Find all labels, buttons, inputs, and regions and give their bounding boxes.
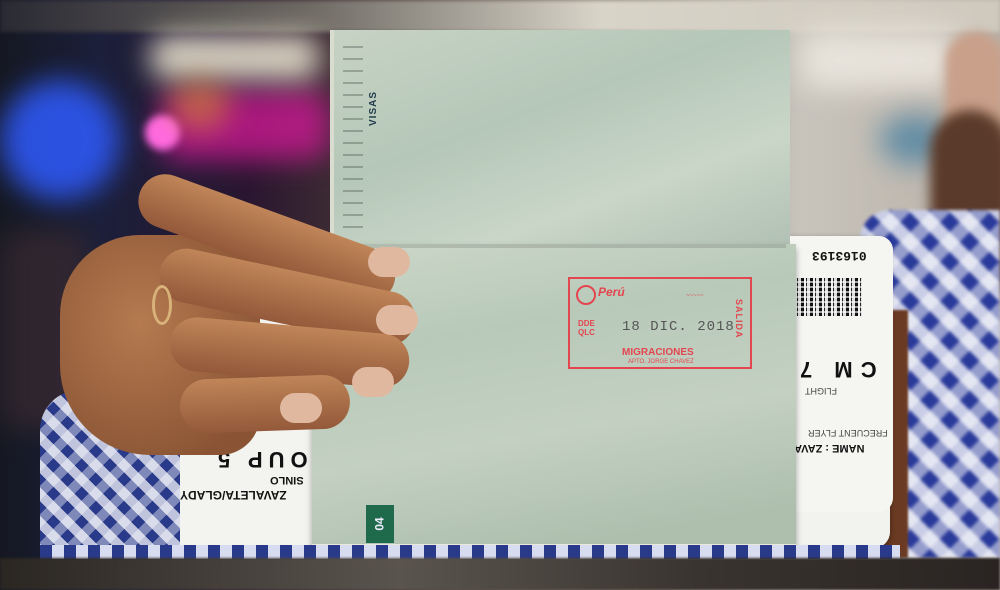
- barcode-icon: [792, 278, 862, 316]
- stamp-title: MIGRACIONES: [622, 347, 694, 358]
- ring-icon: [152, 285, 172, 325]
- bottom-blur-band: [0, 558, 1000, 590]
- peru-spiral-logo-icon: [576, 285, 596, 305]
- stamp-subtitle: APTO. JORGE CHAVEZ: [628, 359, 694, 365]
- top-blur-band: [0, 0, 1000, 32]
- stamp-date: 18 DIC. 2018: [622, 319, 735, 335]
- passenger-name: ZAVALETA/GLADY: [180, 488, 287, 502]
- fingernail: [368, 247, 410, 277]
- stamp-small-mark: ~~~~~: [686, 293, 704, 299]
- fingernail: [376, 305, 418, 335]
- stamp-direction: SALIDA: [734, 299, 744, 339]
- flight-code: CM 7: [792, 356, 877, 382]
- bokeh-light-white: [150, 35, 320, 80]
- hand: [60, 165, 420, 465]
- flight-label: FLIGHT: [805, 386, 837, 396]
- bokeh-light-ceiling: [800, 30, 960, 90]
- sinlo-text: SINLO: [270, 474, 304, 486]
- bokeh-light-orange: [170, 80, 230, 130]
- migration-stamp: Perú ~~~~~ DDE QLC 18 DIC. 2018 SALIDA M…: [568, 277, 752, 369]
- visas-label: VISAS: [368, 91, 379, 126]
- fingernail: [280, 393, 322, 423]
- name-label: NAME : ZAVA: [794, 442, 864, 454]
- bokeh-light-pink: [145, 115, 180, 150]
- frequent-flyer-label: FRECUENT FLYER: [808, 428, 888, 438]
- page-number-tab: 04: [366, 505, 394, 543]
- stamp-brand: Perú: [598, 285, 625, 299]
- shirt-hem: [40, 545, 900, 559]
- photo: 0163193 CM 7 FLIGHT FRECUENT FLYER NAME …: [0, 0, 1000, 590]
- page-number: 04: [373, 517, 387, 530]
- finger-little: [179, 374, 351, 434]
- fingernail: [352, 367, 394, 397]
- ticket-number: 0163193: [812, 248, 867, 263]
- stamp-codes: DDE QLC: [578, 319, 612, 337]
